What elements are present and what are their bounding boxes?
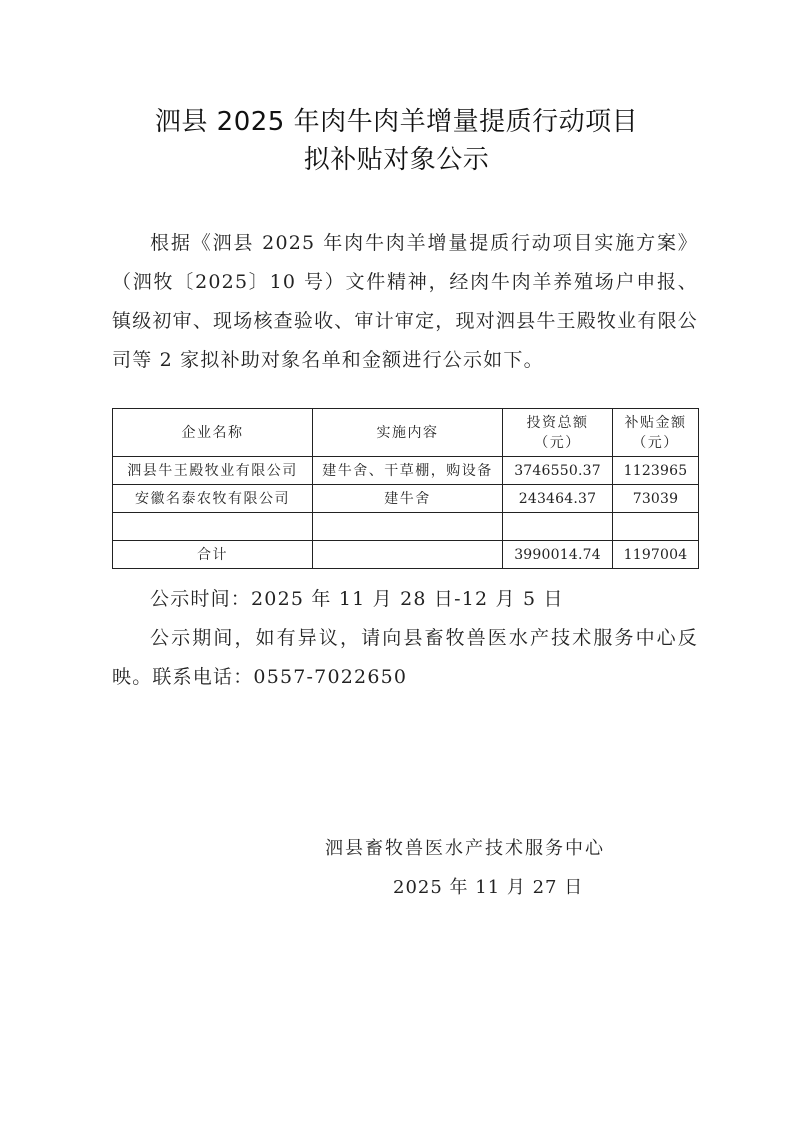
cell-company <box>113 513 313 541</box>
document-title-line-2: 拟补贴对象公示 <box>0 145 793 175</box>
table-total-row: 合计 3990014.74 1197004 <box>113 541 699 569</box>
cell-company: 安徽名泰农牧有限公司 <box>113 485 313 513</box>
objection-notice: 公示期间，如有异议，请向县畜牧兽医水产技术服务中心反映。联系电话：0557-70… <box>112 619 698 697</box>
total-subsidy: 1197004 <box>613 541 699 569</box>
header-investment: 投资总额 （元） <box>503 409 613 457</box>
table-row: 泗县牛王殿牧业有限公司 建牛舍、干草棚，购设备 3746550.37 11239… <box>113 457 699 485</box>
cell-investment: 3746550.37 <box>503 457 613 485</box>
header-investment-unit: （元） <box>505 433 610 453</box>
header-subsidy-unit: （元） <box>615 433 696 453</box>
total-label: 合计 <box>113 541 313 569</box>
cell-content: 建牛舍、干草棚，购设备 <box>313 457 503 485</box>
header-company: 企业名称 <box>113 409 313 457</box>
cell-investment <box>503 513 613 541</box>
header-subsidy-label: 补贴金额 <box>615 413 696 433</box>
publicity-period: 公示时间：2025 年 11 月 28 日-12 月 5 日 <box>112 580 698 619</box>
cell-subsidy: 1123965 <box>613 457 699 485</box>
cell-content <box>313 513 503 541</box>
subsidy-table: 企业名称 实施内容 投资总额 （元） 补贴金额 （元） 泗县牛王殿牧业有限公司 … <box>112 408 699 569</box>
cell-investment: 243464.37 <box>503 485 613 513</box>
signature-date: 2025 年 11 月 27 日 <box>393 873 583 899</box>
header-investment-label: 投资总额 <box>505 413 610 433</box>
header-subsidy: 补贴金额 （元） <box>613 409 699 457</box>
cell-subsidy: 73039 <box>613 485 699 513</box>
intro-paragraph: 根据《泗县 2025 年肉牛肉羊增量提质行动项目实施方案》（泗牧〔2025〕10… <box>112 224 698 380</box>
table-row: 安徽名泰农牧有限公司 建牛舍 243464.37 73039 <box>113 485 699 513</box>
cell-company: 泗县牛王殿牧业有限公司 <box>113 457 313 485</box>
total-content <box>313 541 503 569</box>
table-header-row: 企业名称 实施内容 投资总额 （元） 补贴金额 （元） <box>113 409 699 457</box>
header-content: 实施内容 <box>313 409 503 457</box>
total-investment: 3990014.74 <box>503 541 613 569</box>
cell-content: 建牛舍 <box>313 485 503 513</box>
signature-organization: 泗县畜牧兽医水产技术服务中心 <box>325 834 605 860</box>
table-row-empty <box>113 513 699 541</box>
document-title-line-1: 泗县 2025 年肉牛肉羊增量提质行动项目 <box>0 107 793 137</box>
cell-subsidy <box>613 513 699 541</box>
